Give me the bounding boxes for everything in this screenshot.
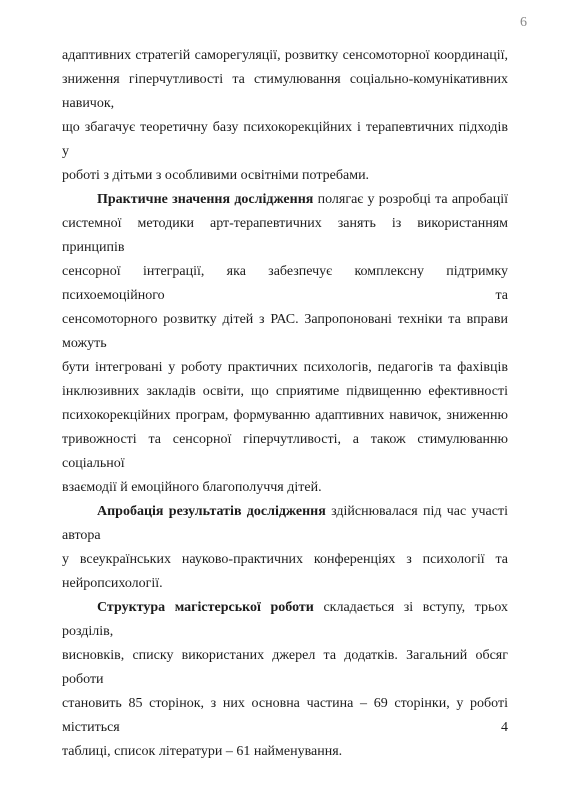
text-run: роботі з дітьми з особливими освітніми п… <box>62 168 369 183</box>
text-run: що збагачує теоретичну базу психокорекці… <box>62 120 508 159</box>
text-line: інклюзивних закладів освіти, що сприятим… <box>62 380 508 404</box>
text-run: зниження гіперчутливості та стимулювання… <box>62 72 508 111</box>
text-run: полягає у розробці та апробації <box>313 192 508 207</box>
text-line: у всеукраїнських науково-практичних конф… <box>62 548 508 572</box>
text-run: інклюзивних закладів освіти, що сприятим… <box>62 384 508 399</box>
text-run: тривожності та сенсорної гіперчутливості… <box>62 432 508 471</box>
text-run: взаємодії й емоційного благополуччя діте… <box>62 480 322 495</box>
document-page: 6 адаптивних стратегій саморегуляції, ро… <box>0 0 568 811</box>
text-line: зниження гіперчутливості та стимулювання… <box>62 68 508 116</box>
text-line: сенсомоторного розвитку дітей з РАС. Зап… <box>62 308 508 356</box>
text-run: нейропсихології. <box>62 576 163 591</box>
text-run: бути інтегровані у роботу практичних пси… <box>62 360 508 375</box>
text-line: нейропсихології. <box>62 572 508 596</box>
text-line: Апробація результатів дослідження здійсн… <box>62 500 508 548</box>
bold-run: Структура магістерської роботи <box>97 600 314 615</box>
text-line: роботі з дітьми з особливими освітніми п… <box>62 164 508 188</box>
text-line: сенсорної інтеграції, яка забезпечує ком… <box>62 260 508 308</box>
text-line: Структура магістерської роботи складаєть… <box>62 596 508 644</box>
text-run: таблиці, список літератури – 61 найменув… <box>62 744 342 759</box>
text-line: Практичне значення дослідження полягає у… <box>62 188 508 212</box>
text-run: висновків, списку використаних джерел та… <box>62 648 508 687</box>
text-run: сенсомоторного розвитку дітей з РАС. Зап… <box>62 312 508 351</box>
text-line: адаптивних стратегій саморегуляції, розв… <box>62 44 508 68</box>
text-line: тривожності та сенсорної гіперчутливості… <box>62 428 508 476</box>
text-run: у всеукраїнських науково-практичних конф… <box>62 552 508 567</box>
text-line: психокорекційних програм, формуванню ада… <box>62 404 508 428</box>
text-run: системної методики арт-терапевтичних зан… <box>62 216 508 255</box>
text-line: становить 85 сторінок, з них основна час… <box>62 692 508 740</box>
text-line: системної методики арт-терапевтичних зан… <box>62 212 508 260</box>
text-line: що збагачує теоретичну базу психокорекці… <box>62 116 508 164</box>
text-line: висновків, списку використаних джерел та… <box>62 644 508 692</box>
page-number: 6 <box>520 13 527 33</box>
text-line: таблиці, список літератури – 61 найменув… <box>62 740 508 764</box>
text-line: взаємодії й емоційного благополуччя діте… <box>62 476 508 500</box>
document-body: адаптивних стратегій саморегуляції, розв… <box>62 44 508 764</box>
text-run: сенсорної інтеграції, яка забезпечує ком… <box>62 264 508 303</box>
text-line: бути інтегровані у роботу практичних пси… <box>62 356 508 380</box>
text-run: психокорекційних програм, формуванню ада… <box>62 408 508 423</box>
bold-run: Практичне значення дослідження <box>97 192 313 207</box>
text-run: адаптивних стратегій саморегуляції, розв… <box>62 48 508 63</box>
bold-run: Апробація результатів дослідження <box>97 504 326 519</box>
text-run: становить 85 сторінок, з них основна час… <box>62 696 508 735</box>
